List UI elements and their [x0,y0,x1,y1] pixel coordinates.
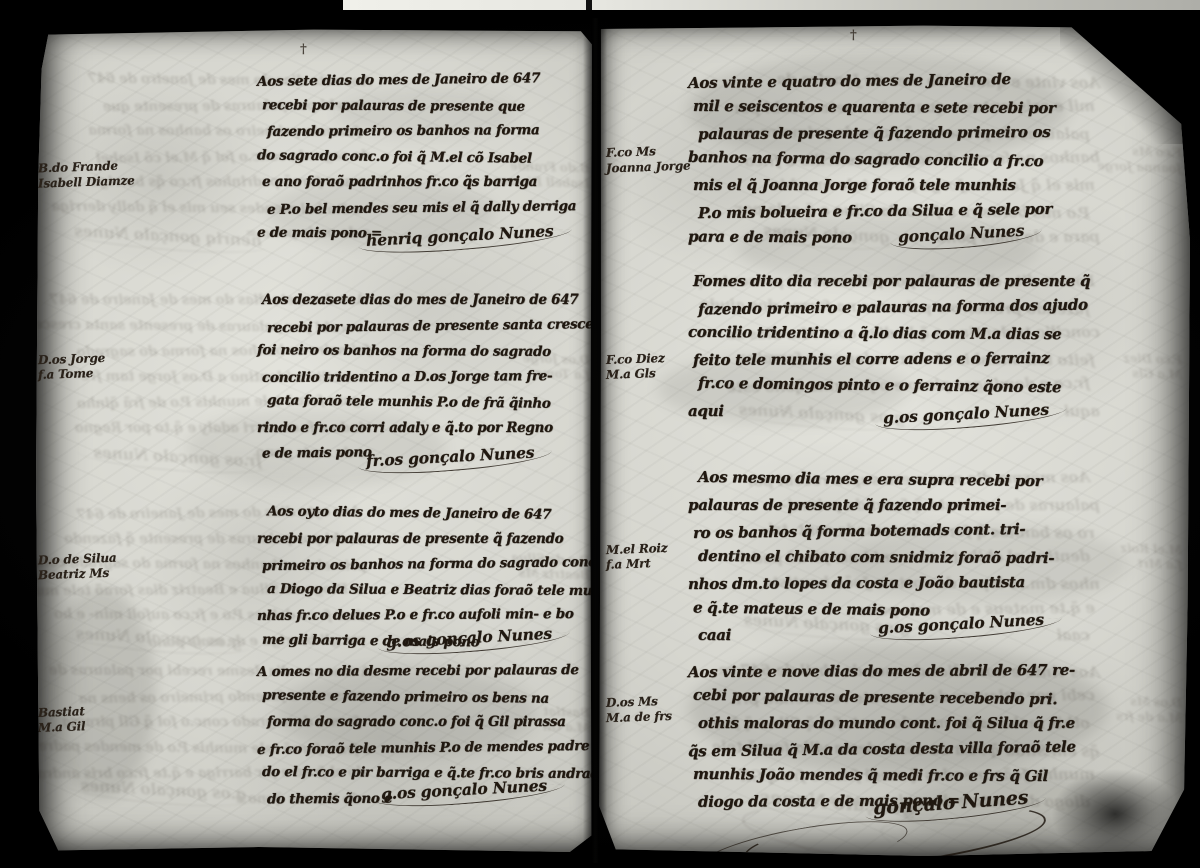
adjacent-frame-edge [343,0,1200,10]
left-page-text: B.do FrandeIsabell DiamzeAos sete dias d… [36,28,592,852]
entry-line: A omes no dia desme recebi por palauras … [257,662,579,680]
entry-line: e fr.co foraõ tele munhis P.o de mendes … [257,737,589,757]
entry-line: forma do sagrado conc.o foi q̃ Gil piras… [267,714,566,730]
entry-line: q̃s em Silua q̃ M.a da costa desta villa… [688,738,1076,761]
register-entry: D.os MsM.a de frsAos vinte e nove dias d… [598,24,1190,856]
right-page-text: F.co MsJoanna JorgeAos vinte e quatro do… [598,24,1190,856]
margin-note-line: Bastiat [38,704,85,720]
entry-line: munhis João mendes q̃ medi fr.co e frs q… [693,765,1048,785]
book-gutter [583,18,607,863]
register-entry: BastiatM.a GilA omes no dia desme recebi… [36,28,592,852]
margin-note-line: M.a Gil [38,719,86,735]
entry-line: presente e fazendo primeiro os bens na [262,687,549,707]
right-page: † F.co MsJoanna JorgeAos vinte e quatro … [598,24,1190,856]
margin-note-line: M.a de frs [606,709,672,725]
frame-edge-gap [586,0,592,10]
corner-pen-mark [1139,40,1157,53]
entry-line: cebi por palauras de presente recebendo … [693,686,1057,708]
entry-line: othis maloras do mundo cont. foi q̃ Silu… [698,714,1075,732]
entry-line: Aos vinte e nove dias do mes de abril de… [688,661,1075,681]
manuscript-photo: † B.do FrandeIsabell DiamzeAos sete dias… [0,0,1200,868]
left-page: † B.do FrandeIsabell DiamzeAos sete dias… [36,28,592,852]
margin-note-line: D.os Ms [606,694,658,710]
